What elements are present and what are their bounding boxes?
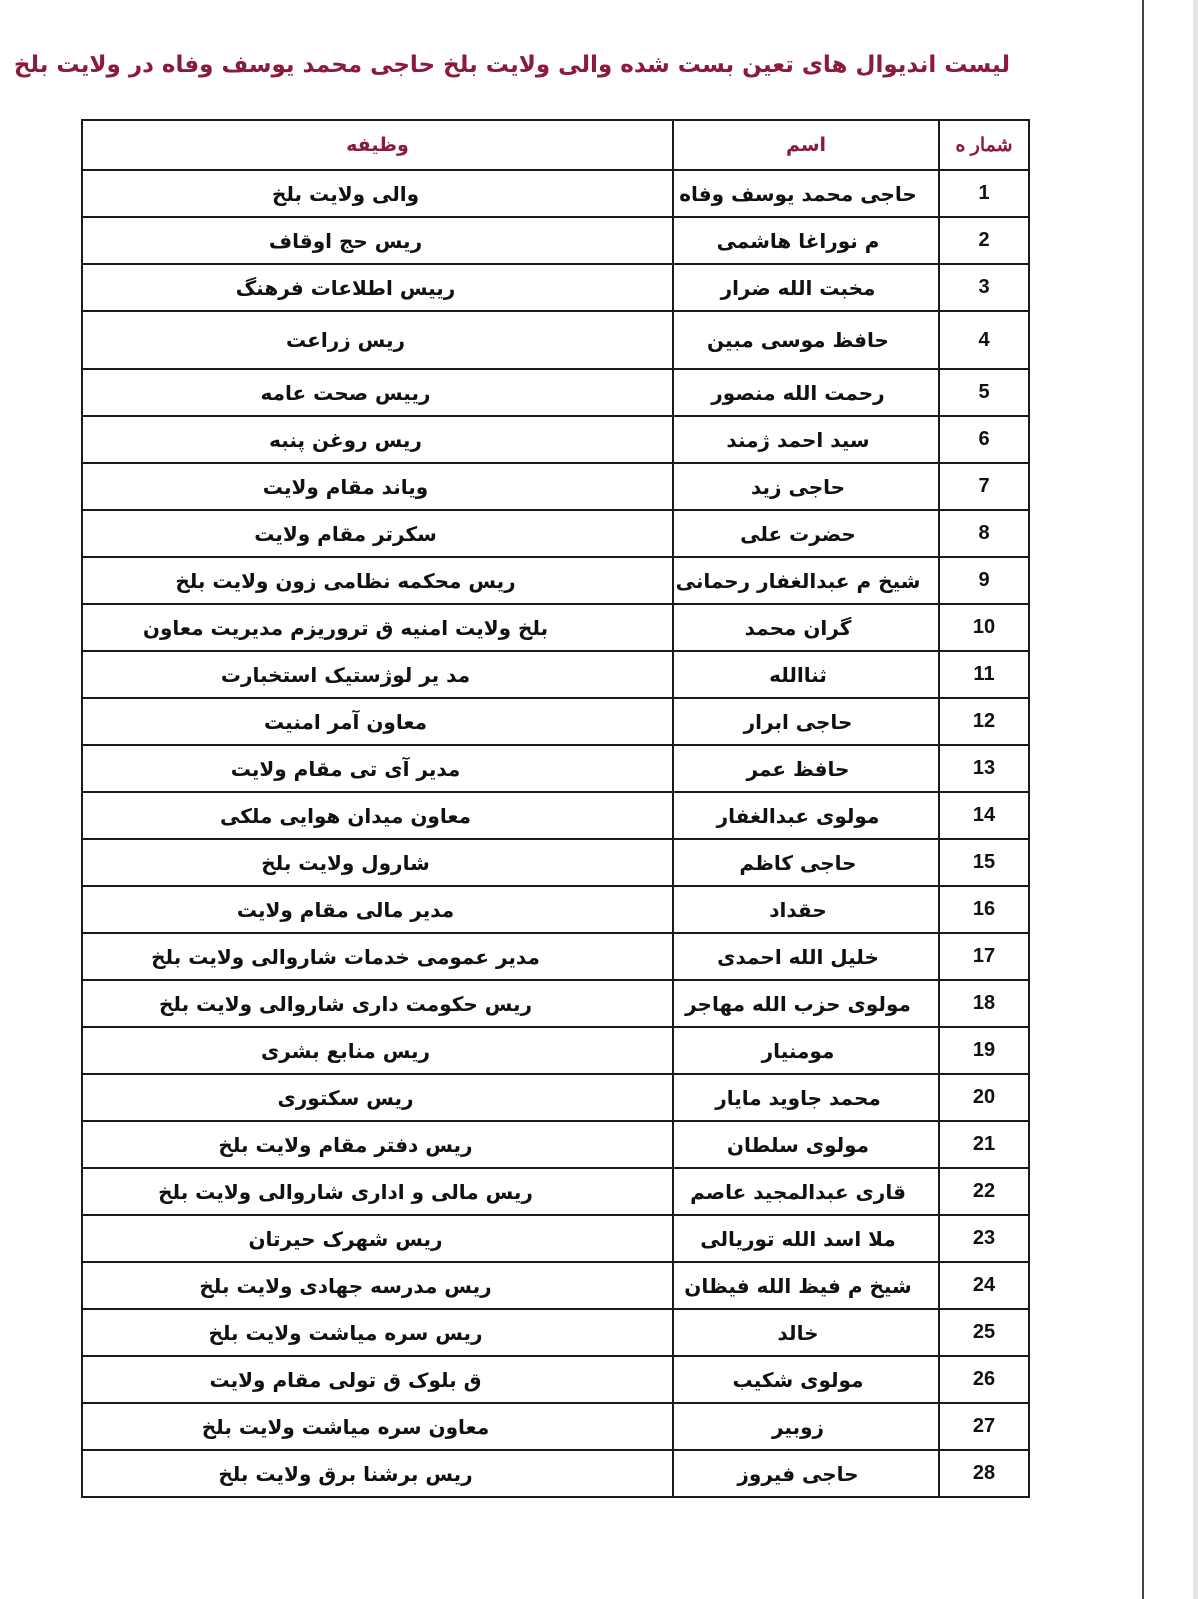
row-number: 18 xyxy=(939,980,1029,1027)
row-name: مولوی سلطان xyxy=(673,1121,939,1168)
row-role-text: بلخ ولایت امنیه ق تروریزم مدیریت معاون xyxy=(143,616,548,640)
row-role: ریس دفتر مقام ولایت بلخ xyxy=(82,1121,673,1168)
table-row: 8حضرت علیسکرتر مقام ولایت xyxy=(82,510,1029,557)
table-row: 11ثنااللهمد یر لوژستیک استخبارت xyxy=(82,651,1029,698)
row-role-text: شارول ولایت بلخ xyxy=(261,851,430,875)
row-role-text: معاون سره میاشت ولایت بلخ xyxy=(202,1415,489,1439)
row-role-text: ریس شهرک حیرتان xyxy=(248,1227,442,1251)
row-name-text: حاجی زید xyxy=(751,475,845,499)
row-name-text: حاجی محمد یوسف وفاه xyxy=(679,182,917,206)
row-number: 26 xyxy=(939,1356,1029,1403)
row-name-text: حاجی کاظم xyxy=(739,851,856,875)
row-number: 28 xyxy=(939,1450,1029,1497)
row-role: ریس زراعت xyxy=(82,311,673,369)
row-name: سید احمد ژمند xyxy=(673,416,939,463)
row-role-text: مدیر آی تی مقام ولایت xyxy=(231,757,461,781)
row-role: ریس حکومت داری شاروالی ولایت بلخ xyxy=(82,980,673,1027)
row-number: 8 xyxy=(939,510,1029,557)
row-name: حاجی محمد یوسف وفاه xyxy=(673,170,939,217)
header-role: وظیفه xyxy=(82,120,673,170)
row-name: حاجی کاظم xyxy=(673,839,939,886)
row-name: حاجی فیروز xyxy=(673,1450,939,1497)
row-role: ریس شهرک حیرتان xyxy=(82,1215,673,1262)
table-row: 12حاجی ابرارمعاون آمر امنیت xyxy=(82,698,1029,745)
row-role: مدیر مالی مقام ولایت xyxy=(82,886,673,933)
row-role-text: رییس صحت عامه xyxy=(261,381,431,405)
row-name-text: حضرت علی xyxy=(740,522,856,546)
row-role-text: رییس اطلاعات فرهنگ xyxy=(236,276,456,300)
row-name-text: خلیل الله احمدی xyxy=(717,945,879,969)
table-row: 5رحمت الله منصوررییس صحت عامه xyxy=(82,369,1029,416)
row-role-text: ریس دفتر مقام ولایت بلخ xyxy=(218,1133,472,1157)
row-role: ریس حج اوقاف xyxy=(82,217,673,264)
row-name-text: ثناالله xyxy=(769,663,827,687)
row-role: سکرتر مقام ولایت xyxy=(82,510,673,557)
row-role: ریس محکمه نظامی زون ولایت بلخ xyxy=(82,557,673,604)
row-name: رحمت الله منصور xyxy=(673,369,939,416)
row-name: م نوراغا هاشمی xyxy=(673,217,939,264)
row-role: شارول ولایت بلخ xyxy=(82,839,673,886)
page-edge-line xyxy=(1142,0,1144,1599)
table-row: 7حاجی زیدویاند مقام ولایت xyxy=(82,463,1029,510)
row-number: 27 xyxy=(939,1403,1029,1450)
row-number: 25 xyxy=(939,1309,1029,1356)
row-name-text: م نوراغا هاشمی xyxy=(717,229,880,253)
row-number: 21 xyxy=(939,1121,1029,1168)
row-role: ریس روغن پنبه xyxy=(82,416,673,463)
row-name: گران محمد xyxy=(673,604,939,651)
row-role: بلخ ولایت امنیه ق تروریزم مدیریت معاون xyxy=(82,604,673,651)
row-role-text: معاون آمر امنیت xyxy=(264,710,427,734)
table-row: 2م نوراغا هاشمیریس حج اوقاف xyxy=(82,217,1029,264)
row-role: ریس سکتوری xyxy=(82,1074,673,1121)
table-row: 22قاری عبدالمجید عاصمریس مالی و اداری شا… xyxy=(82,1168,1029,1215)
row-role: والی ولایت بلخ xyxy=(82,170,673,217)
header-number: شمار ه xyxy=(939,120,1029,170)
row-name-text: مومنیار xyxy=(762,1039,835,1063)
row-number: 1 xyxy=(939,170,1029,217)
row-role: مدیر آی تی مقام ولایت xyxy=(82,745,673,792)
row-role: ریس منابع بشری xyxy=(82,1027,673,1074)
row-name: ثناالله xyxy=(673,651,939,698)
row-number: 22 xyxy=(939,1168,1029,1215)
row-name-text: مولوی شکیب xyxy=(733,1368,864,1392)
row-number: 10 xyxy=(939,604,1029,651)
row-name-text: مخبت الله ضرار xyxy=(721,276,876,300)
row-role-text: ریس منابع بشری xyxy=(261,1039,430,1063)
row-name-text: ملا اسد الله توریالی xyxy=(700,1227,896,1251)
row-name: مولوی حزب الله مهاجر xyxy=(673,980,939,1027)
row-role-text: ق بلوک ق تولی مقام ولایت xyxy=(209,1368,481,1392)
row-number: 20 xyxy=(939,1074,1029,1121)
row-role: ویاند مقام ولایت xyxy=(82,463,673,510)
row-role: ق بلوک ق تولی مقام ولایت xyxy=(82,1356,673,1403)
row-number: 23 xyxy=(939,1215,1029,1262)
row-name: حقداد xyxy=(673,886,939,933)
row-number: 19 xyxy=(939,1027,1029,1074)
row-name-text: زوبیر xyxy=(772,1415,824,1439)
row-role: رییس اطلاعات فرهنگ xyxy=(82,264,673,311)
row-number: 16 xyxy=(939,886,1029,933)
row-role: رییس صحت عامه xyxy=(82,369,673,416)
row-name: خالد xyxy=(673,1309,939,1356)
appointees-table: شمار ه اسم وظیفه 1حاجی محمد یوسف وفاهوال… xyxy=(81,119,1030,1498)
row-role-text: ویاند مقام ولایت xyxy=(263,475,428,499)
row-role-text: ریس مدرسه جهادی ولایت بلخ xyxy=(199,1274,491,1298)
row-name-text: خالد xyxy=(778,1321,819,1345)
row-name: مخبت الله ضرار xyxy=(673,264,939,311)
table-row: 26مولوی شکیبق بلوک ق تولی مقام ولایت xyxy=(82,1356,1029,1403)
row-role-text: ریس روغن پنبه xyxy=(269,428,422,452)
row-name: حضرت علی xyxy=(673,510,939,557)
row-number: 3 xyxy=(939,264,1029,311)
row-name-text: مولوی حزب الله مهاجر xyxy=(685,992,911,1016)
row-role-text: ریس حکومت داری شاروالی ولایت بلخ xyxy=(159,992,532,1016)
row-number: 14 xyxy=(939,792,1029,839)
row-number: 24 xyxy=(939,1262,1029,1309)
row-number: 9 xyxy=(939,557,1029,604)
table-row: 3مخبت الله ضراررییس اطلاعات فرهنگ xyxy=(82,264,1029,311)
row-role-text: معاون میدان هوایی ملکی xyxy=(220,804,471,828)
row-role-text: مد یر لوژستیک استخبارت xyxy=(221,663,470,687)
row-number: 7 xyxy=(939,463,1029,510)
row-role-text: ریس سره میاشت ولایت بلخ xyxy=(208,1321,482,1345)
table-row: 18مولوی حزب الله مهاجرریس حکومت داری شار… xyxy=(82,980,1029,1027)
table-row: 23ملا اسد الله توریالیریس شهرک حیرتان xyxy=(82,1215,1029,1262)
row-name: حاجی ابرار xyxy=(673,698,939,745)
row-role-text: ریس زراعت xyxy=(286,328,405,352)
row-name-text: حاجی ابرار xyxy=(744,710,853,734)
row-name-text: حقداد xyxy=(769,898,826,922)
row-number: 15 xyxy=(939,839,1029,886)
row-role: ریس سره میاشت ولایت بلخ xyxy=(82,1309,673,1356)
row-name-text: مولوی عبدالغفار xyxy=(717,804,880,828)
row-name-text: گران محمد xyxy=(745,616,852,640)
row-name-text: محمد جاوید مایار xyxy=(715,1086,881,1110)
row-name: حافظ عمر xyxy=(673,745,939,792)
table-row: 10گران محمدبلخ ولایت امنیه ق تروریزم مدی… xyxy=(82,604,1029,651)
row-role: مد یر لوژستیک استخبارت xyxy=(82,651,673,698)
table-row: 1حاجی محمد یوسف وفاهوالی ولایت بلخ xyxy=(82,170,1029,217)
table-row: 19مومنیارریس منابع بشری xyxy=(82,1027,1029,1074)
row-name-text: سید احمد ژمند xyxy=(726,428,869,452)
row-number: 2 xyxy=(939,217,1029,264)
row-role-text: ریس حج اوقاف xyxy=(269,229,422,253)
table-row: 4حافظ موسی مبینریس زراعت xyxy=(82,311,1029,369)
row-role: معاون سره میاشت ولایت بلخ xyxy=(82,1403,673,1450)
row-name-text: مولوی سلطان xyxy=(727,1133,869,1157)
row-role-text: ریس محکمه نظامی زون ولایت بلخ xyxy=(175,569,515,593)
row-name: قاری عبدالمجید عاصم xyxy=(673,1168,939,1215)
row-name-text: حاجی فیروز xyxy=(737,1462,858,1486)
table-row: 14مولوی عبدالغفارمعاون میدان هوایی ملکی xyxy=(82,792,1029,839)
table-row: 6سید احمد ژمندریس روغن پنبه xyxy=(82,416,1029,463)
row-name-text: شیخ م فیظ الله فیظان xyxy=(684,1274,911,1298)
row-role-text: سکرتر مقام ولایت xyxy=(254,522,437,546)
table-row: 16حقدادمدیر مالی مقام ولایت xyxy=(82,886,1029,933)
row-role: معاون آمر امنیت xyxy=(82,698,673,745)
row-name: حافظ موسی مبین xyxy=(673,311,939,369)
row-number: 5 xyxy=(939,369,1029,416)
table-row: 20محمد جاوید مایارریس سکتوری xyxy=(82,1074,1029,1121)
table-row: 28حاجی فیروزریس برشنا برق ولایت بلخ xyxy=(82,1450,1029,1497)
row-role-text: ریس مالی و اداری شاروالی ولایت بلخ xyxy=(158,1180,533,1204)
row-name-text: حافظ موسی مبین xyxy=(707,328,889,352)
row-role: ریس مالی و اداری شاروالی ولایت بلخ xyxy=(82,1168,673,1215)
row-name: مولوی عبدالغفار xyxy=(673,792,939,839)
row-name: زوبیر xyxy=(673,1403,939,1450)
row-name: خلیل الله احمدی xyxy=(673,933,939,980)
row-name-text: قاری عبدالمجید عاصم xyxy=(690,1180,906,1204)
row-name: ملا اسد الله توریالی xyxy=(673,1215,939,1262)
row-name: شیخ م فیظ الله فیظان xyxy=(673,1262,939,1309)
row-role-text: مدیر مالی مقام ولایت xyxy=(237,898,454,922)
row-number: 6 xyxy=(939,416,1029,463)
row-role: مدیر عمومی خدمات شاروالی ولایت بلخ xyxy=(82,933,673,980)
row-role-text: والی ولایت بلخ xyxy=(272,182,419,206)
table-row: 21مولوی سلطانریس دفتر مقام ولایت بلخ xyxy=(82,1121,1029,1168)
row-number: 17 xyxy=(939,933,1029,980)
row-number: 4 xyxy=(939,311,1029,369)
row-role-text: ریس برشنا برق ولایت بلخ xyxy=(218,1462,472,1486)
table-row: 27زوبیرمعاون سره میاشت ولایت بلخ xyxy=(82,1403,1029,1450)
row-name: شیخ م عبدالغفار رحمانی xyxy=(673,557,939,604)
table-row: 15حاجی کاظمشارول ولایت بلخ xyxy=(82,839,1029,886)
row-role: ریس برشنا برق ولایت بلخ xyxy=(82,1450,673,1497)
table-row: 17خلیل الله احمدیمدیر عمومی خدمات شاروال… xyxy=(82,933,1029,980)
table-row: 9شیخ م عبدالغفار رحمانیریس محکمه نظامی ز… xyxy=(82,557,1029,604)
row-name: مومنیار xyxy=(673,1027,939,1074)
row-role: ریس مدرسه جهادی ولایت بلخ xyxy=(82,1262,673,1309)
row-name-text: حافظ عمر xyxy=(747,757,850,781)
row-name-text: شیخ م عبدالغفار رحمانی xyxy=(676,569,921,593)
page-edge-shadow xyxy=(1193,0,1198,1599)
table-row: 13حافظ عمرمدیر آی تی مقام ولایت xyxy=(82,745,1029,792)
header-name: اسم xyxy=(673,120,939,170)
row-role-text: مدیر عمومی خدمات شاروالی ولایت بلخ xyxy=(151,945,540,969)
row-role: معاون میدان هوایی ملکی xyxy=(82,792,673,839)
row-number: 12 xyxy=(939,698,1029,745)
table-header-row: شمار ه اسم وظیفه xyxy=(82,120,1029,170)
row-number: 13 xyxy=(939,745,1029,792)
row-name: محمد جاوید مایار xyxy=(673,1074,939,1121)
table-row: 24شیخ م فیظ الله فیظانریس مدرسه جهادی ول… xyxy=(82,1262,1029,1309)
row-number: 11 xyxy=(939,651,1029,698)
row-name: مولوی شکیب xyxy=(673,1356,939,1403)
row-name: حاجی زید xyxy=(673,463,939,510)
row-role-text: ریس سکتوری xyxy=(277,1086,413,1110)
document-title: لیست اندیوال های تعین بست شده والی ولایت… xyxy=(90,52,1010,78)
table-row: 25خالدریس سره میاشت ولایت بلخ xyxy=(82,1309,1029,1356)
row-name-text: رحمت الله منصور xyxy=(711,381,884,405)
